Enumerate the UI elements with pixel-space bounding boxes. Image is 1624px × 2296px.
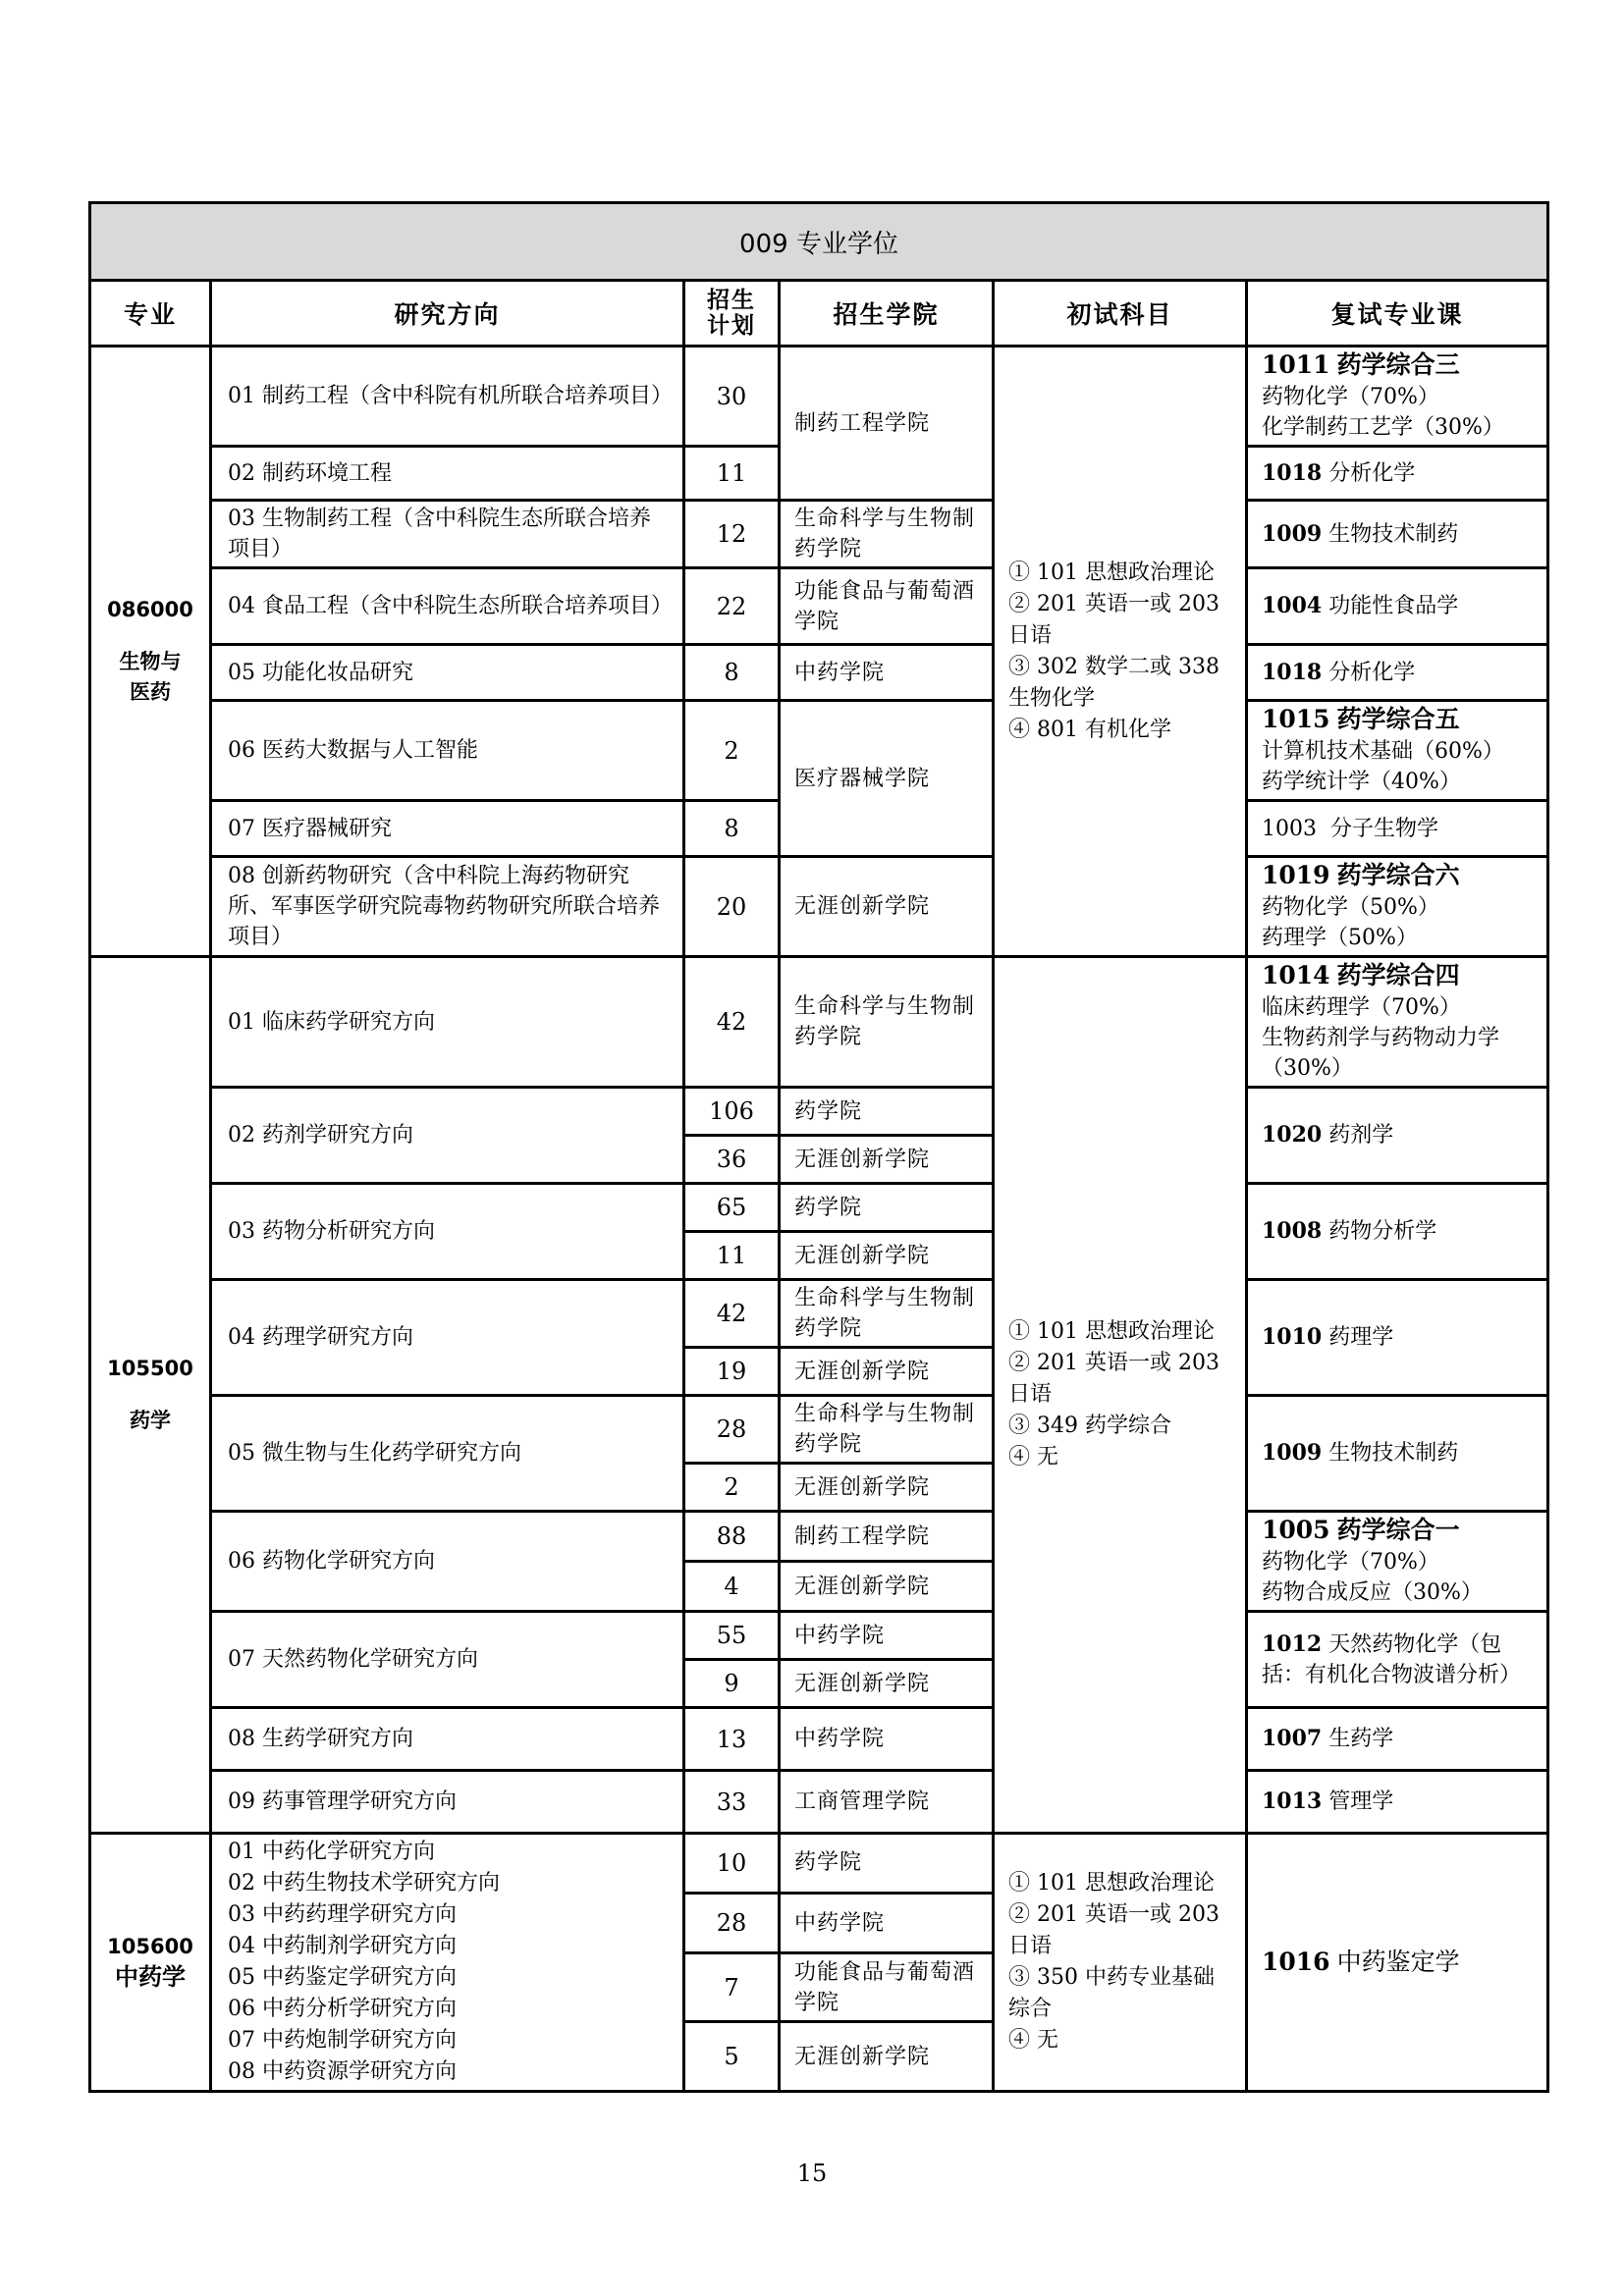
college-cell: 功能食品与葡萄酒学院 xyxy=(780,568,994,645)
retest-cell: 1012 天然药物化学（包括：有机化合物波谱分析） xyxy=(1247,1612,1548,1708)
direction-cell: 07 天然药物化学研究方向 xyxy=(211,1612,684,1708)
direction-cell: 02 制药环境工程 xyxy=(211,447,684,501)
direction-cell: 03 药物分析研究方向 xyxy=(211,1184,684,1280)
plan-cell: 8 xyxy=(684,801,780,857)
plan-cell: 28 xyxy=(684,1396,780,1464)
exam-subjects-cell: ① 101 思想政治理论② 201 英语一或 203 日语③ 350 中药专业基… xyxy=(994,1834,1247,2092)
plan-cell: 10 xyxy=(684,1834,780,1894)
plan-cell: 88 xyxy=(684,1512,780,1562)
direction-cell: 06 医药大数据与人工智能 xyxy=(211,701,684,801)
table-row: 02 药剂学研究方向 106 药学院 1020 药剂学 xyxy=(90,1088,1548,1136)
college-cell: 工商管理学院 xyxy=(780,1771,994,1834)
direction-cell: 01 临床药学研究方向 xyxy=(211,957,684,1088)
college-cell: 无涯创新学院 xyxy=(780,1464,994,1512)
college-cell: 医疗器械学院 xyxy=(780,701,994,857)
retest-cell: 1016 中药鉴定学 xyxy=(1247,1834,1548,2092)
table-row: 03 药物分析研究方向 65 药学院 1008 药物分析学 xyxy=(90,1184,1548,1232)
table-row: 09 药事管理学研究方向 33 工商管理学院 1013 管理学 xyxy=(90,1771,1548,1834)
retest-cell: 1010 药理学 xyxy=(1247,1280,1548,1396)
college-cell: 制药工程学院 xyxy=(780,1512,994,1562)
retest-cell: 1013 管理学 xyxy=(1247,1771,1548,1834)
table-row: 06 医药大数据与人工智能 2 医疗器械学院 1015 药学综合五计算机技术基础… xyxy=(90,701,1548,801)
direction-cell: 04 药理学研究方向 xyxy=(211,1280,684,1396)
retest-cell: 1004 功能性食品学 xyxy=(1247,568,1548,645)
plan-cell: 7 xyxy=(684,1953,780,2022)
plan-cell: 4 xyxy=(684,1562,780,1612)
plan-cell: 11 xyxy=(684,447,780,501)
college-cell: 生命科学与生物制药学院 xyxy=(780,1396,994,1464)
college-cell: 药学院 xyxy=(780,1184,994,1232)
direction-cell: 05 功能化妆品研究 xyxy=(211,645,684,701)
table-row: 086000生物与医药 01 制药工程（含中科院有机所联合培养项目） 30 制药… xyxy=(90,347,1548,447)
plan-cell: 12 xyxy=(684,501,780,568)
plan-cell: 106 xyxy=(684,1088,780,1136)
college-cell: 药学院 xyxy=(780,1088,994,1136)
table-row: 105600中药学 01 中药化学研究方向02 中药生物技术学研究方向03 中药… xyxy=(90,1834,1548,1894)
plan-cell: 9 xyxy=(684,1660,780,1708)
table-row: 105500药学 01 临床药学研究方向 42 生命科学与生物制药学院 ① 10… xyxy=(90,957,1548,1088)
exam-subjects-cell: ① 101 思想政治理论② 201 英语一或 203 日语③ 349 药学综合④… xyxy=(994,957,1247,1834)
table-row: 03 生物制药工程（含中科院生态所联合培养项目） 12 生命科学与生物制药学院 … xyxy=(90,501,1548,568)
college-cell: 功能食品与葡萄酒学院 xyxy=(780,1953,994,2022)
direction-list-cell: 01 中药化学研究方向02 中药生物技术学研究方向03 中药药理学研究方向04 … xyxy=(211,1834,684,2092)
exam-subjects-cell: ① 101 思想政治理论② 201 英语一或 203 日语③ 302 数学二或 … xyxy=(994,347,1247,957)
retest-cell: 1009 生物技术制药 xyxy=(1247,501,1548,568)
college-cell: 无涯创新学院 xyxy=(780,1562,994,1612)
direction-cell: 02 药剂学研究方向 xyxy=(211,1088,684,1184)
plan-cell: 55 xyxy=(684,1612,780,1660)
plan-cell: 19 xyxy=(684,1348,780,1396)
college-cell: 无涯创新学院 xyxy=(780,1660,994,1708)
college-cell: 无涯创新学院 xyxy=(780,1348,994,1396)
plan-cell: 13 xyxy=(684,1708,780,1771)
retest-cell: 1007 生药学 xyxy=(1247,1708,1548,1771)
enrollment-plan-table: 009 专业学位 专业 研究方向 招生计划 招生学院 初试科目 复试专业课 08… xyxy=(88,201,1549,2093)
page-number: 15 xyxy=(0,2160,1624,2187)
plan-cell: 36 xyxy=(684,1136,780,1184)
table-row: 04 食品工程（含中科院生态所联合培养项目） 22 功能食品与葡萄酒学院 100… xyxy=(90,568,1548,645)
retest-cell: 1019 药学综合六药物化学（50%）药理学（50%） xyxy=(1247,857,1548,957)
plan-cell: 2 xyxy=(684,701,780,801)
retest-cell: 1005 药学综合一药物化学（70%）药物合成反应（30%） xyxy=(1247,1512,1548,1612)
college-cell: 中药学院 xyxy=(780,1708,994,1771)
direction-cell: 08 创新药物研究（含中科院上海药物研究所、军事医学研究院毒物药物研究所联合培养… xyxy=(211,857,684,957)
plan-cell: 65 xyxy=(684,1184,780,1232)
plan-cell: 11 xyxy=(684,1232,780,1280)
retest-cell: 1018 分析化学 xyxy=(1247,645,1548,701)
college-cell: 生命科学与生物制药学院 xyxy=(780,1280,994,1348)
major-cell: 105500药学 xyxy=(90,957,211,1834)
table-title: 009 专业学位 xyxy=(90,203,1548,281)
plan-cell: 2 xyxy=(684,1464,780,1512)
plan-cell: 8 xyxy=(684,645,780,701)
document-page: 009 专业学位 专业 研究方向 招生计划 招生学院 初试科目 复试专业课 08… xyxy=(0,0,1624,2296)
plan-cell: 22 xyxy=(684,568,780,645)
header-plan: 招生计划 xyxy=(684,281,780,347)
header-college: 招生学院 xyxy=(780,281,994,347)
direction-cell: 07 医疗器械研究 xyxy=(211,801,684,857)
table-row: 06 药物化学研究方向 88 制药工程学院 1005 药学综合一药物化学（70%… xyxy=(90,1512,1548,1562)
direction-cell: 06 药物化学研究方向 xyxy=(211,1512,684,1612)
table-row: 08 创新药物研究（含中科院上海药物研究所、军事医学研究院毒物药物研究所联合培养… xyxy=(90,857,1548,957)
header-exam: 初试科目 xyxy=(994,281,1247,347)
college-cell: 无涯创新学院 xyxy=(780,1136,994,1184)
major-cell: 105600中药学 xyxy=(90,1834,211,2092)
table-row: 08 生药学研究方向 13 中药学院 1007 生药学 xyxy=(90,1708,1548,1771)
retest-cell: 1008 药物分析学 xyxy=(1247,1184,1548,1280)
header-retest: 复试专业课 xyxy=(1247,281,1548,347)
table-row: 05 功能化妆品研究 8 中药学院 1018 分析化学 xyxy=(90,645,1548,701)
major-cell: 086000生物与医药 xyxy=(90,347,211,957)
college-cell: 中药学院 xyxy=(780,645,994,701)
retest-cell: 1018 分析化学 xyxy=(1247,447,1548,501)
plan-cell: 5 xyxy=(684,2022,780,2092)
header-major: 专业 xyxy=(90,281,211,347)
college-cell: 无涯创新学院 xyxy=(780,2022,994,2092)
direction-cell: 01 制药工程（含中科院有机所联合培养项目） xyxy=(211,347,684,447)
plan-cell: 42 xyxy=(684,957,780,1088)
college-cell: 无涯创新学院 xyxy=(780,857,994,957)
direction-cell: 09 药事管理学研究方向 xyxy=(211,1771,684,1834)
header-direction: 研究方向 xyxy=(211,281,684,347)
table-row: 05 微生物与生化药学研究方向 28 生命科学与生物制药学院 1009 生物技术… xyxy=(90,1396,1548,1464)
college-cell: 制药工程学院 xyxy=(780,347,994,501)
retest-cell: 1015 药学综合五计算机技术基础（60%）药学统计学（40%） xyxy=(1247,701,1548,801)
retest-cell: 1011 药学综合三药物化学（70%）化学制药工艺学（30%） xyxy=(1247,347,1548,447)
college-cell: 中药学院 xyxy=(780,1893,994,1953)
retest-cell: 1009 生物技术制药 xyxy=(1247,1396,1548,1512)
college-cell: 生命科学与生物制药学院 xyxy=(780,957,994,1088)
plan-cell: 33 xyxy=(684,1771,780,1834)
direction-cell: 04 食品工程（含中科院生态所联合培养项目） xyxy=(211,568,684,645)
college-cell: 无涯创新学院 xyxy=(780,1232,994,1280)
retest-cell: 1003 分子生物学 xyxy=(1247,801,1548,857)
direction-cell: 08 生药学研究方向 xyxy=(211,1708,684,1771)
table-row: 04 药理学研究方向 42 生命科学与生物制药学院 1010 药理学 xyxy=(90,1280,1548,1348)
table-row: 07 天然药物化学研究方向 55 中药学院 1012 天然药物化学（包括：有机化… xyxy=(90,1612,1548,1660)
college-cell: 中药学院 xyxy=(780,1612,994,1660)
direction-cell: 05 微生物与生化药学研究方向 xyxy=(211,1396,684,1512)
college-cell: 生命科学与生物制药学院 xyxy=(780,501,994,568)
college-cell: 药学院 xyxy=(780,1834,994,1894)
retest-cell: 1020 药剂学 xyxy=(1247,1088,1548,1184)
plan-cell: 30 xyxy=(684,347,780,447)
plan-cell: 28 xyxy=(684,1893,780,1953)
retest-cell: 1014 药学综合四临床药理学（70%）生物药剂学与药物动力学（30%） xyxy=(1247,957,1548,1088)
plan-cell: 20 xyxy=(684,857,780,957)
plan-cell: 42 xyxy=(684,1280,780,1348)
direction-cell: 03 生物制药工程（含中科院生态所联合培养项目） xyxy=(211,501,684,568)
